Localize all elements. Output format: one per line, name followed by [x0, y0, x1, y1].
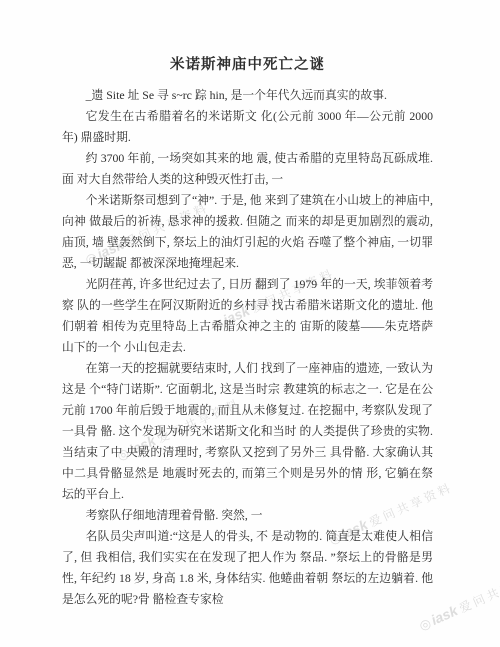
document-page: ◎iask爱问共享资料 ◎iask爱问共享资料 ◎iask爱问共享资料 ◎ias…	[0, 0, 500, 647]
watermark-suffix-text: 爱问共享资料	[457, 566, 500, 615]
paragraph: 它发生在古希腊着名的米诺斯文 化(公元前 3000 年—公元前 2000 年) …	[62, 106, 433, 148]
document-title: 米诺斯神庙中死亡之谜	[62, 55, 433, 75]
document-body: 米诺斯神庙中死亡之谜 _遗 Site 址 Se 寻 s~rc 踪 hin, 是一…	[62, 55, 433, 610]
paragraph: 考察队仔细地清理着骨骼. 突然, 一	[62, 505, 433, 526]
paragraph: 光阴荏苒, 许多世纪过去了, 日历 翻到了 1979 年的一天, 埃菲领着考察 …	[62, 274, 433, 358]
watermark-brand-text: iask	[429, 602, 460, 628]
paragraph: 名队员尖声叫道:“这是人的骨头, 不 是动物的. 简直是太难使人相信了, 但 我…	[62, 526, 433, 610]
paragraph: 约 3700 年前, 一场突如其来的地 震, 使古希腊的克里特岛瓦砾成堆. 面 …	[62, 148, 433, 190]
paragraph: 在第一天的挖掘就要结束时, 人们 找到了一座神庙的遗迹, 一致认为这是 个“特门…	[62, 358, 433, 505]
paragraph: 个米诺斯祭司想到了“神”. 于是, 他 来到了建筑在小山坡上的神庙中, 向神 做…	[62, 190, 433, 274]
paragraph: _遗 Site 址 Se 寻 s~rc 踪 hin, 是一个年代久远而真实的故事…	[62, 85, 433, 106]
